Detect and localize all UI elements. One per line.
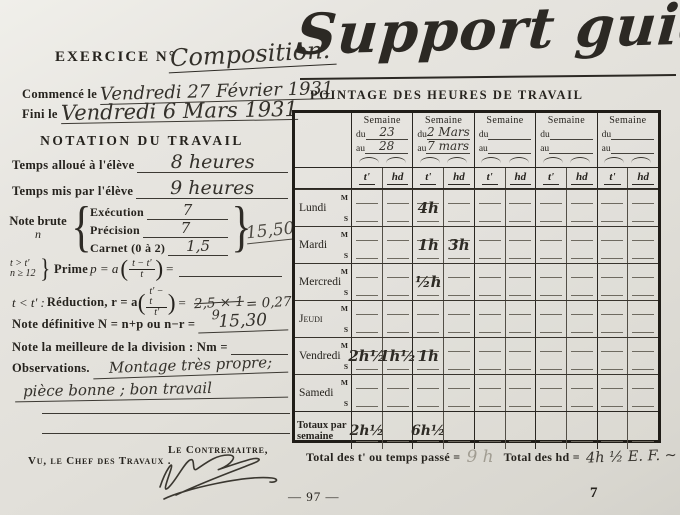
prime-cond-bottom: n ≥ 12 [10, 269, 36, 280]
close-paren-glyph: ) [156, 260, 164, 278]
table-row: SamediMS [295, 374, 658, 411]
matin-entry-line [506, 338, 536, 356]
du-value-handwritten [550, 127, 593, 140]
blank-rule-line [42, 413, 290, 414]
entry-cell [627, 264, 658, 300]
subcol-label: hd [571, 171, 593, 185]
observations-line2-handwritten: pièce bonne ; bon travail [15, 380, 288, 403]
note-brute-total-handwritten: 15,50 [245, 219, 293, 245]
prime-blank-line [179, 262, 282, 277]
entry-cell [352, 227, 382, 263]
table-header-row: Semainedu23au28Semainedu2 Marsau7 marsSe… [295, 113, 658, 167]
entry-cell: 4h [412, 190, 443, 226]
entry-cell [382, 264, 413, 300]
open-paren-glyph: ( [138, 294, 146, 312]
cell-value-handwritten: 3h [444, 227, 474, 263]
page-number: — 97 — [288, 489, 340, 505]
matin-entry-line [413, 375, 443, 393]
brace-decoration [413, 154, 473, 163]
entry-cell [474, 301, 505, 337]
exercice-line: EXERCICE N° Composition. [55, 48, 177, 66]
week-header-cell: Semaineduau [597, 113, 658, 167]
totals-label: Totaux par semaine [297, 420, 351, 442]
entry-cell [443, 264, 474, 300]
matin-entry-line [536, 264, 566, 282]
precision-label: Précision [90, 223, 140, 238]
brace-arc [386, 157, 406, 163]
matin-label: M [341, 267, 348, 276]
au-label: au [417, 144, 426, 154]
matin-entry-line [383, 190, 413, 208]
day-name: Vendredi [299, 350, 341, 362]
matin-entry-line [598, 375, 628, 393]
precision-value-handwritten: 7 [143, 222, 228, 238]
matin-entry-line [536, 375, 566, 393]
totals-cell [566, 412, 597, 449]
soir-entry-line [383, 282, 413, 300]
totals-entry-line [383, 412, 413, 449]
brace-arc [570, 157, 590, 163]
subcol-header-cell: t' [535, 168, 566, 188]
table-row: JeudiMS [295, 300, 658, 337]
matin-entry-line [475, 375, 505, 393]
entry-cell [535, 338, 566, 374]
week-label: Semaine [475, 115, 535, 126]
matin-entry-line [628, 227, 658, 245]
subcol-label: hd [448, 171, 470, 185]
du-label: du [356, 130, 366, 140]
cell-value-handwritten: 1h½ [383, 338, 413, 374]
totals-entry-line [598, 412, 628, 449]
total-hd-value-handwritten: 4h ½ E. F. ~ [586, 447, 677, 466]
soir-entry-line [444, 282, 474, 300]
soir-entry-line [475, 245, 505, 263]
note-meilleure-row: Note la meilleure de la division : Nm = [12, 340, 288, 355]
subcol-label: hd [632, 171, 654, 185]
week-label: Semaine [598, 115, 658, 126]
prime-fraction-num: t − t' [129, 259, 154, 270]
scanned-timesheet-document: EXERCICE N° Composition. Support guide C… [0, 0, 680, 515]
soir-entry-line [598, 319, 628, 337]
entry-cell [535, 264, 566, 300]
prime-equals: = [165, 261, 174, 277]
note-definitive-row: Note définitive N = n+p ou n−r = 15,30 [12, 314, 288, 332]
du-label: du [417, 130, 427, 140]
matin-entry-line [352, 375, 382, 393]
brace-arc [447, 157, 467, 163]
matin-entry-line [567, 190, 597, 208]
week-header-cell: Semainedu2 Marsau7 mars [412, 113, 473, 167]
entry-cell [352, 264, 382, 300]
soir-entry-line [506, 282, 536, 300]
matin-entry-line [444, 301, 474, 319]
entry-cell [535, 375, 566, 411]
matin-entry-line [383, 264, 413, 282]
day-name: Samedi [299, 387, 334, 399]
soir-entry-line [383, 208, 413, 226]
brace-arc [359, 157, 379, 163]
soir-entry-line [628, 282, 658, 300]
soir-entry-line [383, 245, 413, 263]
matin-entry-line [506, 190, 536, 208]
entry-cell [535, 301, 566, 337]
du-label: du [602, 130, 612, 140]
observations-label: Observations. [12, 361, 90, 376]
matin-entry-line [567, 338, 597, 356]
subcol-label: t' [604, 171, 620, 185]
soir-entry-line [444, 356, 474, 374]
carnet-row: Carnet (0 à 2) 1,5 [90, 238, 228, 256]
entry-cell: 1h [412, 227, 443, 263]
brace-decoration [598, 154, 658, 163]
week-au-row: au [598, 140, 658, 154]
temps-mis-value-handwritten: 9 heures [136, 181, 288, 199]
totals-cell: 6h½ [412, 412, 443, 449]
matin-entry-line [506, 227, 536, 245]
entry-cell [352, 375, 382, 411]
matin-entry-line [536, 190, 566, 208]
soir-entry-line [536, 319, 566, 337]
note-definitive-label: Note définitive N = n+p ou n−r = [12, 317, 195, 332]
contremaitre-signature [150, 447, 305, 510]
carnet-value-handwritten: 1,5 [168, 240, 228, 256]
entry-cell [566, 375, 597, 411]
note-meilleure-label: Note la meilleure de la division : Nm = [12, 340, 228, 355]
matin-entry-line [444, 190, 474, 208]
reduction-condition: t < t' : [12, 295, 45, 311]
brace-arc [420, 157, 440, 163]
au-value-handwritten [611, 141, 654, 154]
entry-cell [505, 301, 536, 337]
matin-entry-line [352, 190, 382, 208]
brace-arc [604, 157, 624, 163]
soir-entry-line [567, 208, 597, 226]
subcol-label: t' [359, 171, 375, 185]
subcol-header-cell: hd [627, 168, 658, 188]
entry-cell [597, 264, 628, 300]
entry-cell [352, 301, 382, 337]
entry-cell [443, 190, 474, 226]
au-value-handwritten [549, 141, 592, 154]
entry-cell [566, 301, 597, 337]
soir-entry-line [598, 282, 628, 300]
table-subheader-row: t'hdt'hdt'hdt'hdt'hd [295, 167, 658, 189]
soir-entry-line [567, 319, 597, 337]
brace-arc [543, 157, 563, 163]
entry-cell [382, 227, 413, 263]
matin-label: M [341, 341, 348, 350]
matin-entry-line [536, 227, 566, 245]
day-name: Mercredi [299, 276, 341, 288]
totals-cell [535, 412, 566, 449]
brace-arc [631, 157, 651, 163]
signature-scribble-icon [150, 447, 305, 505]
soir-entry-line [628, 319, 658, 337]
au-label: au [602, 144, 611, 154]
matin-entry-line [567, 301, 597, 319]
matin-entry-line [567, 227, 597, 245]
subcol-label: t' [420, 171, 436, 185]
soir-entry-line [598, 393, 628, 411]
entry-cell [443, 301, 474, 337]
entry-cell [443, 375, 474, 411]
week-header-cell: Semaineduau [474, 113, 535, 167]
week-du-row: du2 Mars [413, 126, 473, 140]
entry-cell [627, 190, 658, 226]
matin-entry-line [475, 190, 505, 208]
soir-entry-line [444, 319, 474, 337]
subcol-label: t' [543, 171, 559, 185]
corner-page-number: 7 [590, 485, 598, 502]
soir-entry-line [567, 282, 597, 300]
entry-cell [627, 375, 658, 411]
soir-entry-line [628, 208, 658, 226]
matin-entry-line [628, 190, 658, 208]
execution-value-handwritten: 7 [147, 204, 228, 220]
soir-entry-line [536, 393, 566, 411]
entry-cell [474, 264, 505, 300]
soir-label: S [344, 325, 348, 334]
brace-decoration [536, 154, 596, 163]
matin-entry-line [506, 375, 536, 393]
subcol-label: hd [387, 171, 409, 185]
soir-entry-line [383, 319, 413, 337]
entry-cell [474, 375, 505, 411]
matin-entry-line [352, 264, 382, 282]
table-totals-row: Totaux par semaine2h½6h½ [295, 411, 658, 449]
matin-entry-line [383, 227, 413, 245]
entry-cell [505, 190, 536, 226]
matin-entry-line [444, 338, 474, 356]
open-paren-glyph: ( [120, 260, 128, 278]
matin-entry-line [506, 301, 536, 319]
au-label: au [540, 144, 549, 154]
entry-cell: ½h [412, 264, 443, 300]
soir-label: S [344, 288, 348, 297]
soir-entry-line [444, 208, 474, 226]
total-t-label: Total des t' ou temps passé = [306, 450, 460, 465]
cell-value-handwritten: 1h [413, 227, 443, 263]
cell-value-handwritten: 1h [413, 338, 443, 374]
reduction-value-handwritten: 2,5 × 19 [194, 293, 245, 312]
matin-entry-line [628, 301, 658, 319]
reduction-fraction-num: t' − t [146, 287, 167, 308]
table-row: MercrediMS½h [295, 263, 658, 300]
matin-entry-line [598, 338, 628, 356]
prime-conditions: t > t' n ≥ 12 [10, 259, 36, 280]
table-corner-cell [295, 113, 352, 167]
week-au-row: au [475, 140, 535, 154]
soir-entry-line [383, 393, 413, 411]
matin-entry-line [444, 375, 474, 393]
soir-label: S [344, 251, 348, 260]
matin-entry-line [352, 227, 382, 245]
totals-cell [505, 412, 536, 449]
soir-entry-line [598, 208, 628, 226]
matin-entry-line [475, 227, 505, 245]
soir-entry-line [536, 282, 566, 300]
entry-cell [505, 338, 536, 374]
subcol-label: hd [510, 171, 532, 185]
soir-entry-line [475, 282, 505, 300]
temps-alloue-label: Temps alloué à l'élève [12, 158, 134, 173]
soir-entry-line [444, 393, 474, 411]
prime-fraction-den: t [140, 270, 143, 280]
brace-arc [481, 157, 501, 163]
reduction-label: Réduction, r = a [47, 295, 138, 310]
totals-cell: 2h½ [352, 412, 382, 449]
matin-entry-line [475, 301, 505, 319]
matin-label: M [341, 378, 348, 387]
week-au-row: au [536, 140, 596, 154]
soir-label: S [344, 214, 348, 223]
subcol-header-cell: t' [597, 168, 628, 188]
pointage-title: POINTAGE DES HEURES DE TRAVAIL [310, 88, 584, 103]
week-du-row: du23 [352, 126, 412, 140]
entry-cell [474, 190, 505, 226]
au-value-handwritten: 7 mars [426, 141, 469, 154]
entry-cell [566, 190, 597, 226]
soir-entry-line [567, 356, 597, 374]
brace-decoration [475, 154, 535, 163]
subcol-header-cell: t' [474, 168, 505, 188]
entry-cell [382, 301, 413, 337]
fini-label: Fini le [22, 107, 58, 122]
soir-entry-line [352, 393, 382, 411]
matin-label: M [341, 230, 348, 239]
precision-row: Précision 7 [90, 220, 228, 238]
soir-entry-line [536, 356, 566, 374]
day-label-cell: SamediMS [295, 375, 352, 411]
entry-cell [597, 227, 628, 263]
soir-entry-line [567, 393, 597, 411]
soir-entry-line [628, 393, 658, 411]
au-value-handwritten [488, 141, 531, 154]
entry-cell [627, 301, 658, 337]
matin-entry-line [598, 264, 628, 282]
total-hd-label: Total des hd = [504, 450, 580, 465]
entry-cell [474, 227, 505, 263]
total-t-value-handwritten: 9 h [466, 447, 493, 467]
matin-label: M [341, 304, 348, 313]
totals-cell [443, 412, 474, 449]
entry-cell [627, 227, 658, 263]
execution-row: Exécution 7 [90, 202, 228, 220]
entry-cell: 1h½ [382, 338, 413, 374]
week-header-cell: Semaineduau [535, 113, 596, 167]
reduction-value-result: = 0,27 [246, 293, 292, 311]
prime-fraction: t − t' t [129, 259, 154, 280]
matin-entry-line [506, 264, 536, 282]
carnet-label: Carnet (0 à 2) [90, 241, 165, 256]
soir-label: S [344, 399, 348, 408]
observations-row-2: pièce bonne ; bon travail [12, 382, 288, 400]
matin-entry-line [444, 264, 474, 282]
soir-entry-line [352, 245, 382, 263]
matin-entry-line [598, 227, 628, 245]
soir-entry-line [413, 393, 443, 411]
notation-section-title: NOTATION DU TRAVAIL [22, 133, 262, 149]
entry-cell [505, 227, 536, 263]
matin-entry-line [536, 301, 566, 319]
day-name: Jeudi [299, 313, 323, 325]
entry-cell [382, 375, 413, 411]
subcol-header-cell: hd [505, 168, 536, 188]
du-label: du [540, 130, 550, 140]
soir-entry-line [506, 356, 536, 374]
au-value-handwritten: 28 [365, 141, 408, 154]
soir-entry-line [475, 393, 505, 411]
fini-value-handwritten: Vendredi 6 Mars 1931 [61, 102, 298, 124]
cell-value-handwritten: 4h [413, 190, 443, 226]
totals-entry-line [567, 412, 597, 449]
totals-entry-line [536, 412, 566, 449]
day-label-cell: JeudiMS [295, 301, 352, 337]
soir-entry-line [352, 282, 382, 300]
totals-cell [597, 412, 628, 449]
entry-cell [597, 338, 628, 374]
close-paren-glyph: ) [168, 294, 176, 312]
entry-cell [627, 338, 658, 374]
soir-entry-line [506, 393, 536, 411]
matin-entry-line [567, 264, 597, 282]
soir-entry-line [475, 208, 505, 226]
matin-label: M [341, 193, 348, 202]
totals-cell [474, 412, 505, 449]
du-value-handwritten [611, 127, 654, 140]
totals-entry-line [628, 412, 658, 449]
entry-cell [505, 375, 536, 411]
open-brace-glyph: { [71, 199, 91, 255]
entry-cell [412, 301, 443, 337]
table-row: VendrediMS2h½1h½1h [295, 337, 658, 374]
soir-entry-line [506, 245, 536, 263]
matin-entry-line [383, 375, 413, 393]
subcol-header-cell: hd [443, 168, 474, 188]
note-definitive-value-handwritten: 15,30 [198, 312, 288, 333]
totals-cell [627, 412, 658, 449]
prime-formula-row: t > t' n ≥ 12 } Prime p = a ( t − t' t )… [10, 258, 282, 280]
soir-entry-line [475, 356, 505, 374]
entry-cell: 2h½ [352, 338, 382, 374]
entry-cell [505, 264, 536, 300]
subcol-label: t' [482, 171, 498, 185]
entry-cell [566, 338, 597, 374]
day-label-cell: VendrediMS [295, 338, 352, 374]
week-au-row: au28 [352, 140, 412, 154]
subcol-header-cell: t' [352, 168, 382, 188]
soir-entry-line [413, 319, 443, 337]
soir-entry-line [506, 208, 536, 226]
exercice-label: EXERCICE N° [55, 49, 177, 65]
pointage-table: Semainedu23au28Semainedu2 Marsau7 marsSe… [292, 110, 661, 443]
note-brute-n: n [6, 228, 70, 241]
week-du-row: du [475, 126, 535, 140]
matin-entry-line [628, 264, 658, 282]
brace-arc [509, 157, 529, 163]
subcol-header-cell: t' [412, 168, 443, 188]
subcol-header-cell: hd [566, 168, 597, 188]
week-label: Semaine [536, 115, 596, 126]
day-name: Mardi [299, 239, 327, 251]
totals-entry-line [475, 412, 505, 449]
note-brute-items: Exécution 7 Précision 7 Carnet (0 à 2) 1… [90, 202, 228, 256]
temps-alloue-value-handwritten: 8 heures [137, 155, 288, 173]
note-brute-label: Note brute n [6, 215, 70, 241]
prime-label: Prime [54, 262, 88, 277]
totals-label-cell: Totaux par semaine [295, 412, 352, 449]
soir-entry-line [352, 319, 382, 337]
